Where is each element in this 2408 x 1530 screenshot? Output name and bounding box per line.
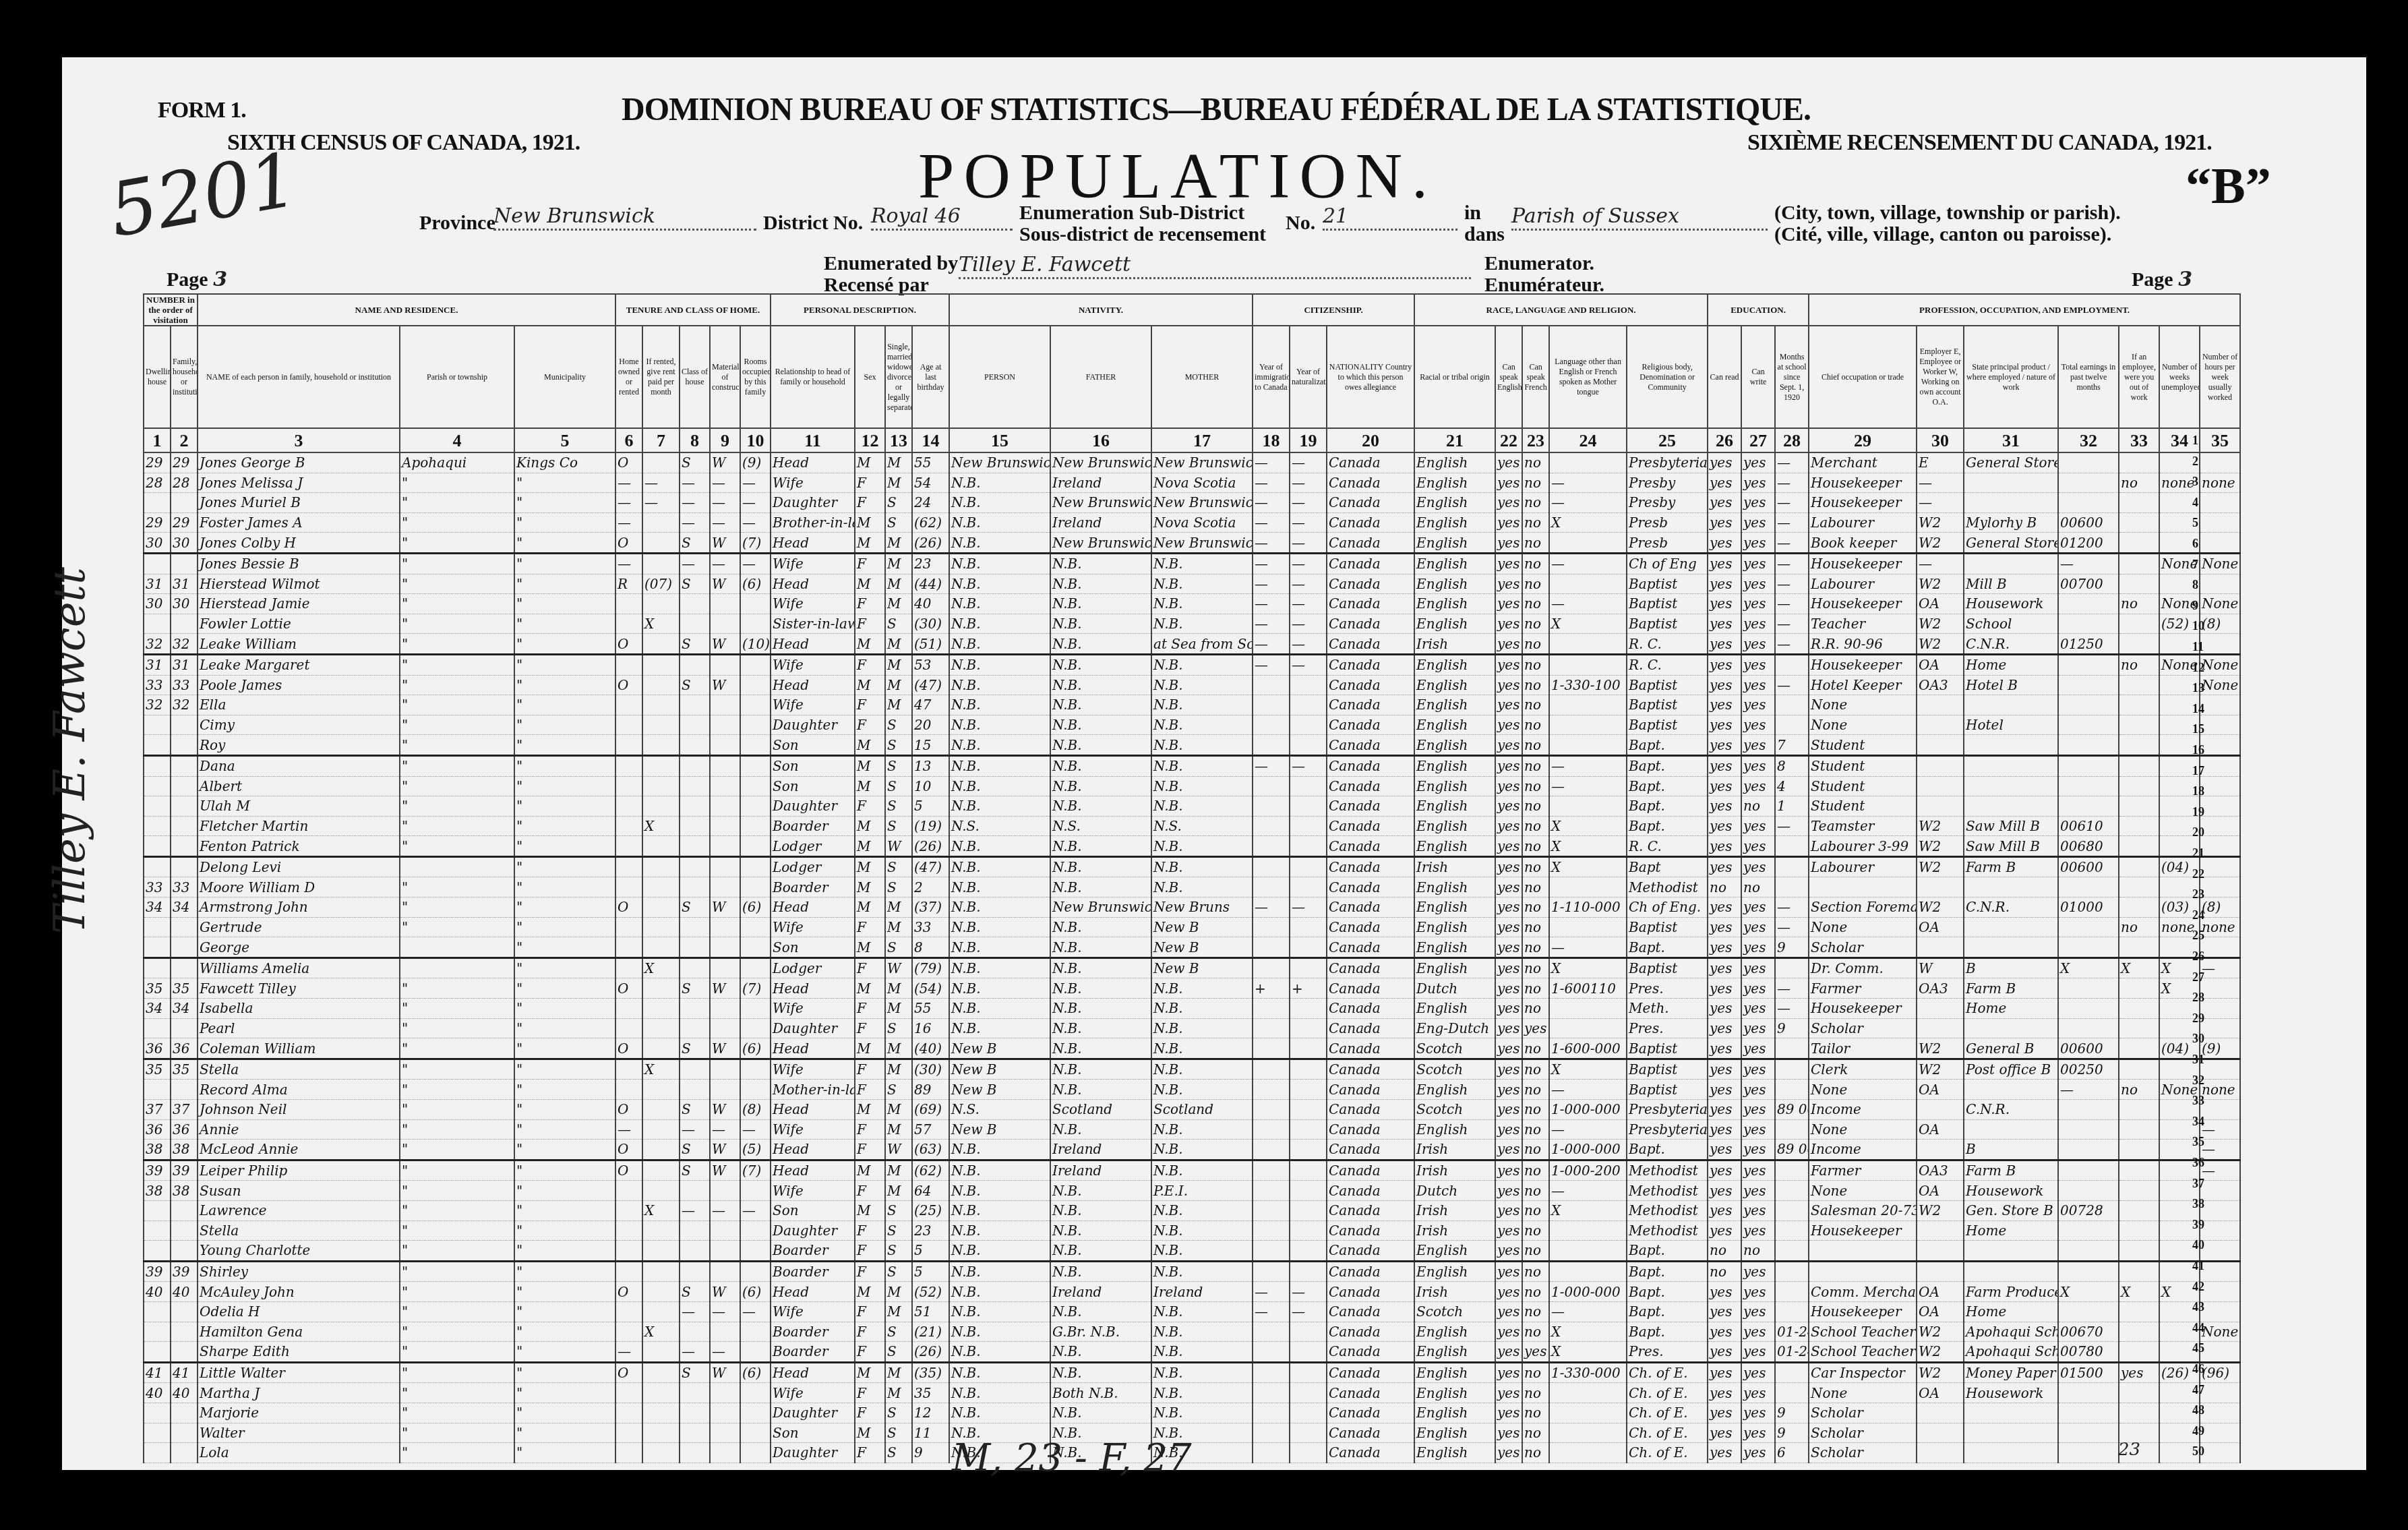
- table-row: Marjorie""DaughterFS12N.B.N.B.N.B.Canada…: [144, 1403, 2240, 1423]
- cell-marital: M: [885, 1038, 912, 1059]
- cell-municipality: ": [514, 614, 615, 634]
- cell-tenure: [615, 999, 642, 1019]
- cell-fr: no: [1522, 898, 1549, 918]
- cell-work: [1964, 493, 2058, 513]
- cell-write: no: [1741, 1241, 1775, 1262]
- cell-family: 39: [171, 1261, 198, 1282]
- col-desc: If an employee, were you out of work: [2119, 326, 2159, 428]
- cell-sex: F: [855, 1322, 885, 1342]
- cell-birth-mother: N.B.: [1151, 735, 1253, 756]
- cell-religion: Ch. of E.: [1627, 1403, 1708, 1423]
- cell-emp: W2: [1917, 574, 1964, 594]
- cell-read: yes: [1708, 735, 1741, 756]
- cell-emp: OA3: [1917, 978, 1964, 999]
- cell-family: 36: [171, 1119, 198, 1140]
- col-desc: If rented, give rent paid per month: [642, 326, 680, 428]
- cell-name: Leiper Philip: [198, 1160, 400, 1181]
- table-row: Roy""SonMS15N.B.N.B.N.B.CanadaEnglishyes…: [144, 735, 2240, 756]
- column-number: 5: [514, 428, 615, 452]
- cell-write: yes: [1741, 1200, 1775, 1220]
- cell-mother-tongue: [1549, 735, 1627, 756]
- cell-age: 23: [912, 1220, 949, 1241]
- cell-school: [1775, 1038, 1809, 1059]
- table-row: 2929Jones George BApohaquiKings CoOSW(9)…: [144, 452, 2240, 473]
- cell-nationality: Canada: [1327, 755, 1414, 776]
- cell-natur: —: [1290, 755, 1327, 776]
- cell-marital: M: [885, 594, 912, 614]
- group-name-residence: NAME AND RESIDENCE.: [198, 294, 615, 326]
- cell-name: Marjorie: [198, 1403, 400, 1423]
- cell-rent: [642, 1362, 680, 1383]
- cell-fr: no: [1522, 594, 1549, 614]
- cell-fr: no: [1522, 634, 1549, 655]
- col-desc: NAME of each person in family, household…: [198, 326, 400, 428]
- cell-birth-mother: N.B.: [1151, 1261, 1253, 1282]
- cell-religion: Methodist: [1627, 1160, 1708, 1181]
- cell-nationality: Canada: [1327, 856, 1414, 877]
- cell-parish: Apohaqui: [400, 452, 514, 473]
- cell-emp: W2: [1917, 1200, 1964, 1220]
- cell-religion: R. C.: [1627, 634, 1708, 655]
- cell-name: Hierstead Jamie: [198, 594, 400, 614]
- cell-rooms: —: [740, 553, 771, 574]
- cell-marital: S: [885, 877, 912, 898]
- cell-birth-person: N.B.: [949, 755, 1050, 776]
- cell-age: (54): [912, 978, 949, 999]
- cell-parish: ": [400, 614, 514, 634]
- cell-rent: [642, 1342, 680, 1363]
- cell-mother-tongue: 1-330-000: [1549, 1362, 1627, 1383]
- cell-hours: —: [2200, 1119, 2240, 1140]
- cell-origin: English: [1414, 755, 1495, 776]
- cell-work: Home: [1964, 999, 2058, 1019]
- cell-rooms: [740, 937, 771, 958]
- column-number: 23: [1522, 428, 1549, 452]
- cell-age: 51: [912, 1301, 949, 1322]
- cell-occupation: None: [1809, 1383, 1917, 1403]
- cell-dwelling: [144, 816, 171, 836]
- cell-emp: W2: [1917, 1362, 1964, 1383]
- cell-municipality: ": [514, 816, 615, 836]
- cell-natur: [1290, 1160, 1327, 1181]
- col-desc: Parish or township: [400, 326, 514, 428]
- cell-read: yes: [1708, 1301, 1741, 1322]
- cell-dwelling: [144, 958, 171, 978]
- cell-write: yes: [1741, 675, 1775, 695]
- cell-family: [171, 1423, 198, 1443]
- group-citizenship: CITIZENSHIP.: [1253, 294, 1414, 326]
- cell-occupation: [1809, 1241, 1917, 1262]
- cell-class: [680, 1423, 710, 1443]
- cell-nationality: Canada: [1327, 715, 1414, 735]
- cell-write: yes: [1741, 958, 1775, 978]
- column-number: 24: [1549, 428, 1627, 452]
- cell-birth-person: N.B.: [949, 675, 1050, 695]
- cell-family: [171, 493, 198, 513]
- line-number: 15: [2192, 722, 2204, 736]
- cell-name: Pearl: [198, 1018, 400, 1038]
- cell-parish: ": [400, 1160, 514, 1181]
- cell-name: Lawrence: [198, 1200, 400, 1220]
- cell-nationality: Canada: [1327, 594, 1414, 614]
- cell-municipality: ": [514, 937, 615, 958]
- cell-class: S: [680, 1160, 710, 1181]
- cell-class: [680, 1181, 710, 1201]
- cell-religion: Methodist: [1627, 1181, 1708, 1201]
- cell-outwork: [2119, 1059, 2159, 1080]
- cell-parish: ": [400, 553, 514, 574]
- col-desc: Can write: [1741, 326, 1775, 428]
- table-row: Jones Bessie B""————WifeFM23N.B.N.B.N.B.…: [144, 553, 2240, 574]
- cell-outwork: [2119, 1261, 2159, 1282]
- cell-family: 35: [171, 978, 198, 999]
- cell-municipality: ": [514, 1100, 615, 1120]
- cell-outwork: [2119, 1181, 2159, 1201]
- cell-tenure: [615, 1443, 642, 1463]
- cell-municipality: ": [514, 1140, 615, 1160]
- cell-relation: Head: [771, 574, 855, 594]
- cell-sex: M: [855, 1038, 885, 1059]
- cell-origin: English: [1414, 473, 1495, 493]
- cell-school: —: [1775, 574, 1809, 594]
- column-number: 27: [1741, 428, 1775, 452]
- cell-outwork: [2119, 937, 2159, 958]
- cell-hours: [2200, 816, 2240, 836]
- cell-dwelling: [144, 755, 171, 776]
- cell-family: 29: [171, 452, 198, 473]
- cell-earn: [2058, 877, 2119, 898]
- cell-nationality: Canada: [1327, 1383, 1414, 1403]
- cell-eng: yes: [1495, 1160, 1522, 1181]
- cell-family: [171, 1342, 198, 1363]
- cell-eng: yes: [1495, 898, 1522, 918]
- column-number: 10: [740, 428, 771, 452]
- cell-immig: [1253, 958, 1290, 978]
- cell-write: yes: [1741, 898, 1775, 918]
- cell-origin: English: [1414, 735, 1495, 756]
- cell-eng: yes: [1495, 1140, 1522, 1160]
- cell-religion: Bapt.: [1627, 1241, 1708, 1262]
- cell-outwork: [2119, 634, 2159, 655]
- column-number: 29: [1809, 428, 1917, 452]
- cell-tenure: [615, 796, 642, 817]
- cell-tenure: [615, 937, 642, 958]
- cell-read: no: [1708, 1241, 1741, 1262]
- cell-material: [710, 877, 740, 898]
- cell-rooms: [740, 735, 771, 756]
- cell-read: yes: [1708, 574, 1741, 594]
- cell-fr: no: [1522, 1241, 1549, 1262]
- cell-parish: ": [400, 999, 514, 1019]
- cell-mother-tongue: 1-000-200: [1549, 1160, 1627, 1181]
- cell-material: [710, 695, 740, 715]
- cell-occupation: Student: [1809, 755, 1917, 776]
- cell-relation: Head: [771, 1282, 855, 1302]
- cell-outwork: [2119, 776, 2159, 796]
- cell-natur: [1290, 776, 1327, 796]
- cell-birth-person: N.B.: [949, 877, 1050, 898]
- cell-origin: Irish: [1414, 1200, 1495, 1220]
- cell-class: [680, 877, 710, 898]
- cell-nationality: Canada: [1327, 695, 1414, 715]
- cell-emp: W2: [1917, 1322, 1964, 1342]
- cell-age: 13: [912, 755, 949, 776]
- cell-work: Housework: [1964, 1383, 2058, 1403]
- cell-read: yes: [1708, 937, 1741, 958]
- cell-school: [1775, 856, 1809, 877]
- cell-relation: Boarder: [771, 1342, 855, 1363]
- cell-school: [1775, 877, 1809, 898]
- cell-dwelling: 36: [144, 1119, 171, 1140]
- cell-birth-person: N.S.: [949, 816, 1050, 836]
- cell-outwork: [2119, 533, 2159, 554]
- cell-birth-person: N.B.: [949, 999, 1050, 1019]
- cell-age: (25): [912, 1200, 949, 1220]
- cell-name: Johnson Neil: [198, 1100, 400, 1120]
- cell-immig: [1253, 1038, 1290, 1059]
- table-row: Lawrence""X———SonMS(25)N.B.N.B.N.B.Canad…: [144, 1200, 2240, 1220]
- cell-birth-mother: N.B.: [1151, 877, 1253, 898]
- cell-parish: ": [400, 816, 514, 836]
- cell-dwelling: [144, 937, 171, 958]
- column-number: 28: [1775, 428, 1809, 452]
- cell-class: [680, 695, 710, 715]
- cell-school: —: [1775, 533, 1809, 554]
- cell-nationality: Canada: [1327, 917, 1414, 937]
- line-number: 10: [2192, 619, 2204, 633]
- table-row: Jones Muriel B""—————DaughterFS24N.B.New…: [144, 493, 2240, 513]
- cell-immig: —: [1253, 533, 1290, 554]
- cell-read: yes: [1708, 1038, 1741, 1059]
- cell-sex: F: [855, 1220, 885, 1241]
- cell-age: 47: [912, 695, 949, 715]
- cell-municipality: ": [514, 1080, 615, 1100]
- cell-write: yes: [1741, 1220, 1775, 1241]
- line-number: 21: [2192, 846, 2204, 860]
- cell-occupation: None: [1809, 1119, 1917, 1140]
- cell-relation: Head: [771, 675, 855, 695]
- cell-rooms: (6): [740, 574, 771, 594]
- cell-eng: yes: [1495, 574, 1522, 594]
- cell-name: Fowler Lottie: [198, 614, 400, 634]
- cell-sex: F: [855, 654, 885, 675]
- cell-eng: yes: [1495, 877, 1522, 898]
- cell-nationality: Canada: [1327, 1181, 1414, 1201]
- cell-class: [680, 1059, 710, 1080]
- line-number: 47: [2192, 1383, 2204, 1397]
- cell-municipality: ": [514, 898, 615, 918]
- cell-birth-person: N.B.: [949, 1200, 1050, 1220]
- cell-religion: Baptist: [1627, 675, 1708, 695]
- cell-family: [171, 735, 198, 756]
- cell-natur: —: [1290, 1282, 1327, 1302]
- cell-occupation: None: [1809, 695, 1917, 715]
- cell-birth-father: N.B.: [1050, 937, 1151, 958]
- cell-mother-tongue: X: [1549, 1342, 1627, 1363]
- cell-class: —: [680, 1200, 710, 1220]
- cell-fr: no: [1522, 654, 1549, 675]
- cell-rent: [642, 1261, 680, 1282]
- cell-marital: M: [885, 695, 912, 715]
- cell-school: [1775, 1059, 1809, 1080]
- cell-fr: no: [1522, 877, 1549, 898]
- line-number: 3: [2192, 475, 2198, 489]
- cell-nationality: Canada: [1327, 493, 1414, 513]
- table-row: Delong Levi"LodgerMS(47)N.B.N.B.N.B.Cana…: [144, 856, 2240, 877]
- cell-origin: English: [1414, 1080, 1495, 1100]
- cell-immig: —: [1253, 452, 1290, 473]
- cell-occupation: None: [1809, 1181, 1917, 1201]
- cell-read: no: [1708, 877, 1741, 898]
- cell-immig: —: [1253, 755, 1290, 776]
- cell-hours: None: [2200, 654, 2240, 675]
- cell-religion: Baptist: [1627, 614, 1708, 634]
- cell-age: 10: [912, 776, 949, 796]
- cell-natur: [1290, 1140, 1327, 1160]
- cell-relation: Head: [771, 1160, 855, 1181]
- cell-sex: F: [855, 1443, 885, 1463]
- cell-religion: Presby: [1627, 493, 1708, 513]
- cell-natur: [1290, 999, 1327, 1019]
- cell-marital: M: [885, 1383, 912, 1403]
- cell-occupation: Salesman 20-73: [1809, 1200, 1917, 1220]
- subdistrict-label-fr: Sous-district de recensement: [1019, 224, 1266, 245]
- cell-nationality: Canada: [1327, 1059, 1414, 1080]
- col-desc: Rooms occupied by this family: [740, 326, 771, 428]
- cell-outwork: [2119, 1220, 2159, 1241]
- table-row: Hamilton Gena""XBoarderFS(21)N.B.G.Br. N…: [144, 1322, 2240, 1342]
- cell-rooms: (9): [740, 452, 771, 473]
- cell-origin: English: [1414, 715, 1495, 735]
- cell-emp: [1917, 1443, 1964, 1463]
- census-title-fr: SIXIÈME RECENSEMENT DU CANADA, 1921.: [1747, 130, 2212, 156]
- cell-sex: F: [855, 796, 885, 817]
- cell-earn: 00670: [2058, 1322, 2119, 1342]
- cell-outwork: [2119, 675, 2159, 695]
- cell-fr: no: [1522, 695, 1549, 715]
- cell-name: Jones Muriel B: [198, 493, 400, 513]
- cell-parish: ": [400, 1342, 514, 1363]
- col-desc: Chief occupation or trade: [1809, 326, 1917, 428]
- cell-school: [1775, 958, 1809, 978]
- cell-earn: [2058, 1383, 2119, 1403]
- cell-work: [1964, 1403, 2058, 1423]
- cell-sex: M: [855, 978, 885, 999]
- cell-immig: —: [1253, 493, 1290, 513]
- cell-earn: [2058, 452, 2119, 473]
- cell-religion: R. C.: [1627, 654, 1708, 675]
- cell-eng: yes: [1495, 1119, 1522, 1140]
- cell-write: yes: [1741, 452, 1775, 473]
- cell-relation: Lodger: [771, 836, 855, 857]
- cell-family: 28: [171, 473, 198, 493]
- cell-work: Farm B: [1964, 856, 2058, 877]
- cell-sex: F: [855, 1018, 885, 1038]
- cell-write: yes: [1741, 1423, 1775, 1443]
- cell-parish: ": [400, 473, 514, 493]
- cell-class: S: [680, 1038, 710, 1059]
- group-personal: PERSONAL DESCRIPTION.: [771, 294, 949, 326]
- cell-marital: M: [885, 1160, 912, 1181]
- cell-rooms: [740, 1059, 771, 1080]
- cell-relation: Son: [771, 1423, 855, 1443]
- cell-outwork: X: [2119, 958, 2159, 978]
- cell-family: 40: [171, 1282, 198, 1302]
- cell-birth-mother: N.B.: [1151, 836, 1253, 857]
- cell-family: [171, 1403, 198, 1423]
- cell-name: Susan: [198, 1181, 400, 1201]
- cell-family: [171, 1080, 198, 1100]
- cell-nationality: Canada: [1327, 1080, 1414, 1100]
- cell-religion: Presb: [1627, 512, 1708, 533]
- cell-birth-father: N.B.: [1050, 1301, 1151, 1322]
- cell-relation: Daughter: [771, 1443, 855, 1463]
- cell-parish: ": [400, 1241, 514, 1262]
- cell-birth-mother: N.B.: [1151, 1383, 1253, 1403]
- column-number: 12: [855, 428, 885, 452]
- group-education: EDUCATION.: [1708, 294, 1809, 326]
- cell-fr: no: [1522, 1443, 1549, 1463]
- cell-emp: [1917, 1261, 1964, 1282]
- cell-rooms: [740, 958, 771, 978]
- cell-marital: S: [885, 715, 912, 735]
- cell-material: [710, 594, 740, 614]
- col-desc: Sex: [855, 326, 885, 428]
- cell-work: B: [1964, 958, 2058, 978]
- cell-work: [1964, 735, 2058, 756]
- line-number: 33: [2192, 1094, 2204, 1108]
- cell-earn: 00600: [2058, 512, 2119, 533]
- cell-write: yes: [1741, 1059, 1775, 1080]
- cell-hours: —: [2200, 1140, 2240, 1160]
- cell-fr: no: [1522, 735, 1549, 756]
- column-number: 30: [1917, 428, 1964, 452]
- cell-natur: [1290, 796, 1327, 817]
- cell-material: W: [710, 1100, 740, 1120]
- cell-rent: [642, 1282, 680, 1302]
- cell-natur: —: [1290, 898, 1327, 918]
- cell-birth-father: N.B.: [1050, 877, 1151, 898]
- cell-fr: no: [1522, 1423, 1549, 1443]
- cell-material: W: [710, 574, 740, 594]
- cell-dwelling: 35: [144, 978, 171, 999]
- column-number: 17: [1151, 428, 1253, 452]
- cell-rooms: [740, 1423, 771, 1443]
- cell-mother-tongue: X: [1549, 614, 1627, 634]
- cell-immig: [1253, 675, 1290, 695]
- cell-write: yes: [1741, 574, 1775, 594]
- line-number: 31: [2192, 1053, 2204, 1067]
- cell-class: —: [680, 1119, 710, 1140]
- cell-school: [1775, 1181, 1809, 1201]
- cell-birth-person: N.B.: [949, 1241, 1050, 1262]
- cell-eng: yes: [1495, 1080, 1522, 1100]
- cell-rooms: [740, 917, 771, 937]
- cell-material: [710, 1018, 740, 1038]
- cell-birth-mother: N.B.: [1151, 978, 1253, 999]
- cell-religion: Bapt.: [1627, 1140, 1708, 1160]
- cell-parish: ": [400, 1383, 514, 1403]
- cell-occupation: None: [1809, 917, 1917, 937]
- dans-label: dans: [1464, 224, 1505, 245]
- cell-religion: Ch of Eng.: [1627, 898, 1708, 918]
- cell-hours: [2200, 877, 2240, 898]
- cell-parish: ": [400, 493, 514, 513]
- cell-age: (62): [912, 1160, 949, 1181]
- cell-immig: [1253, 1322, 1290, 1342]
- cell-rent: [642, 776, 680, 796]
- cell-emp: W2: [1917, 836, 1964, 857]
